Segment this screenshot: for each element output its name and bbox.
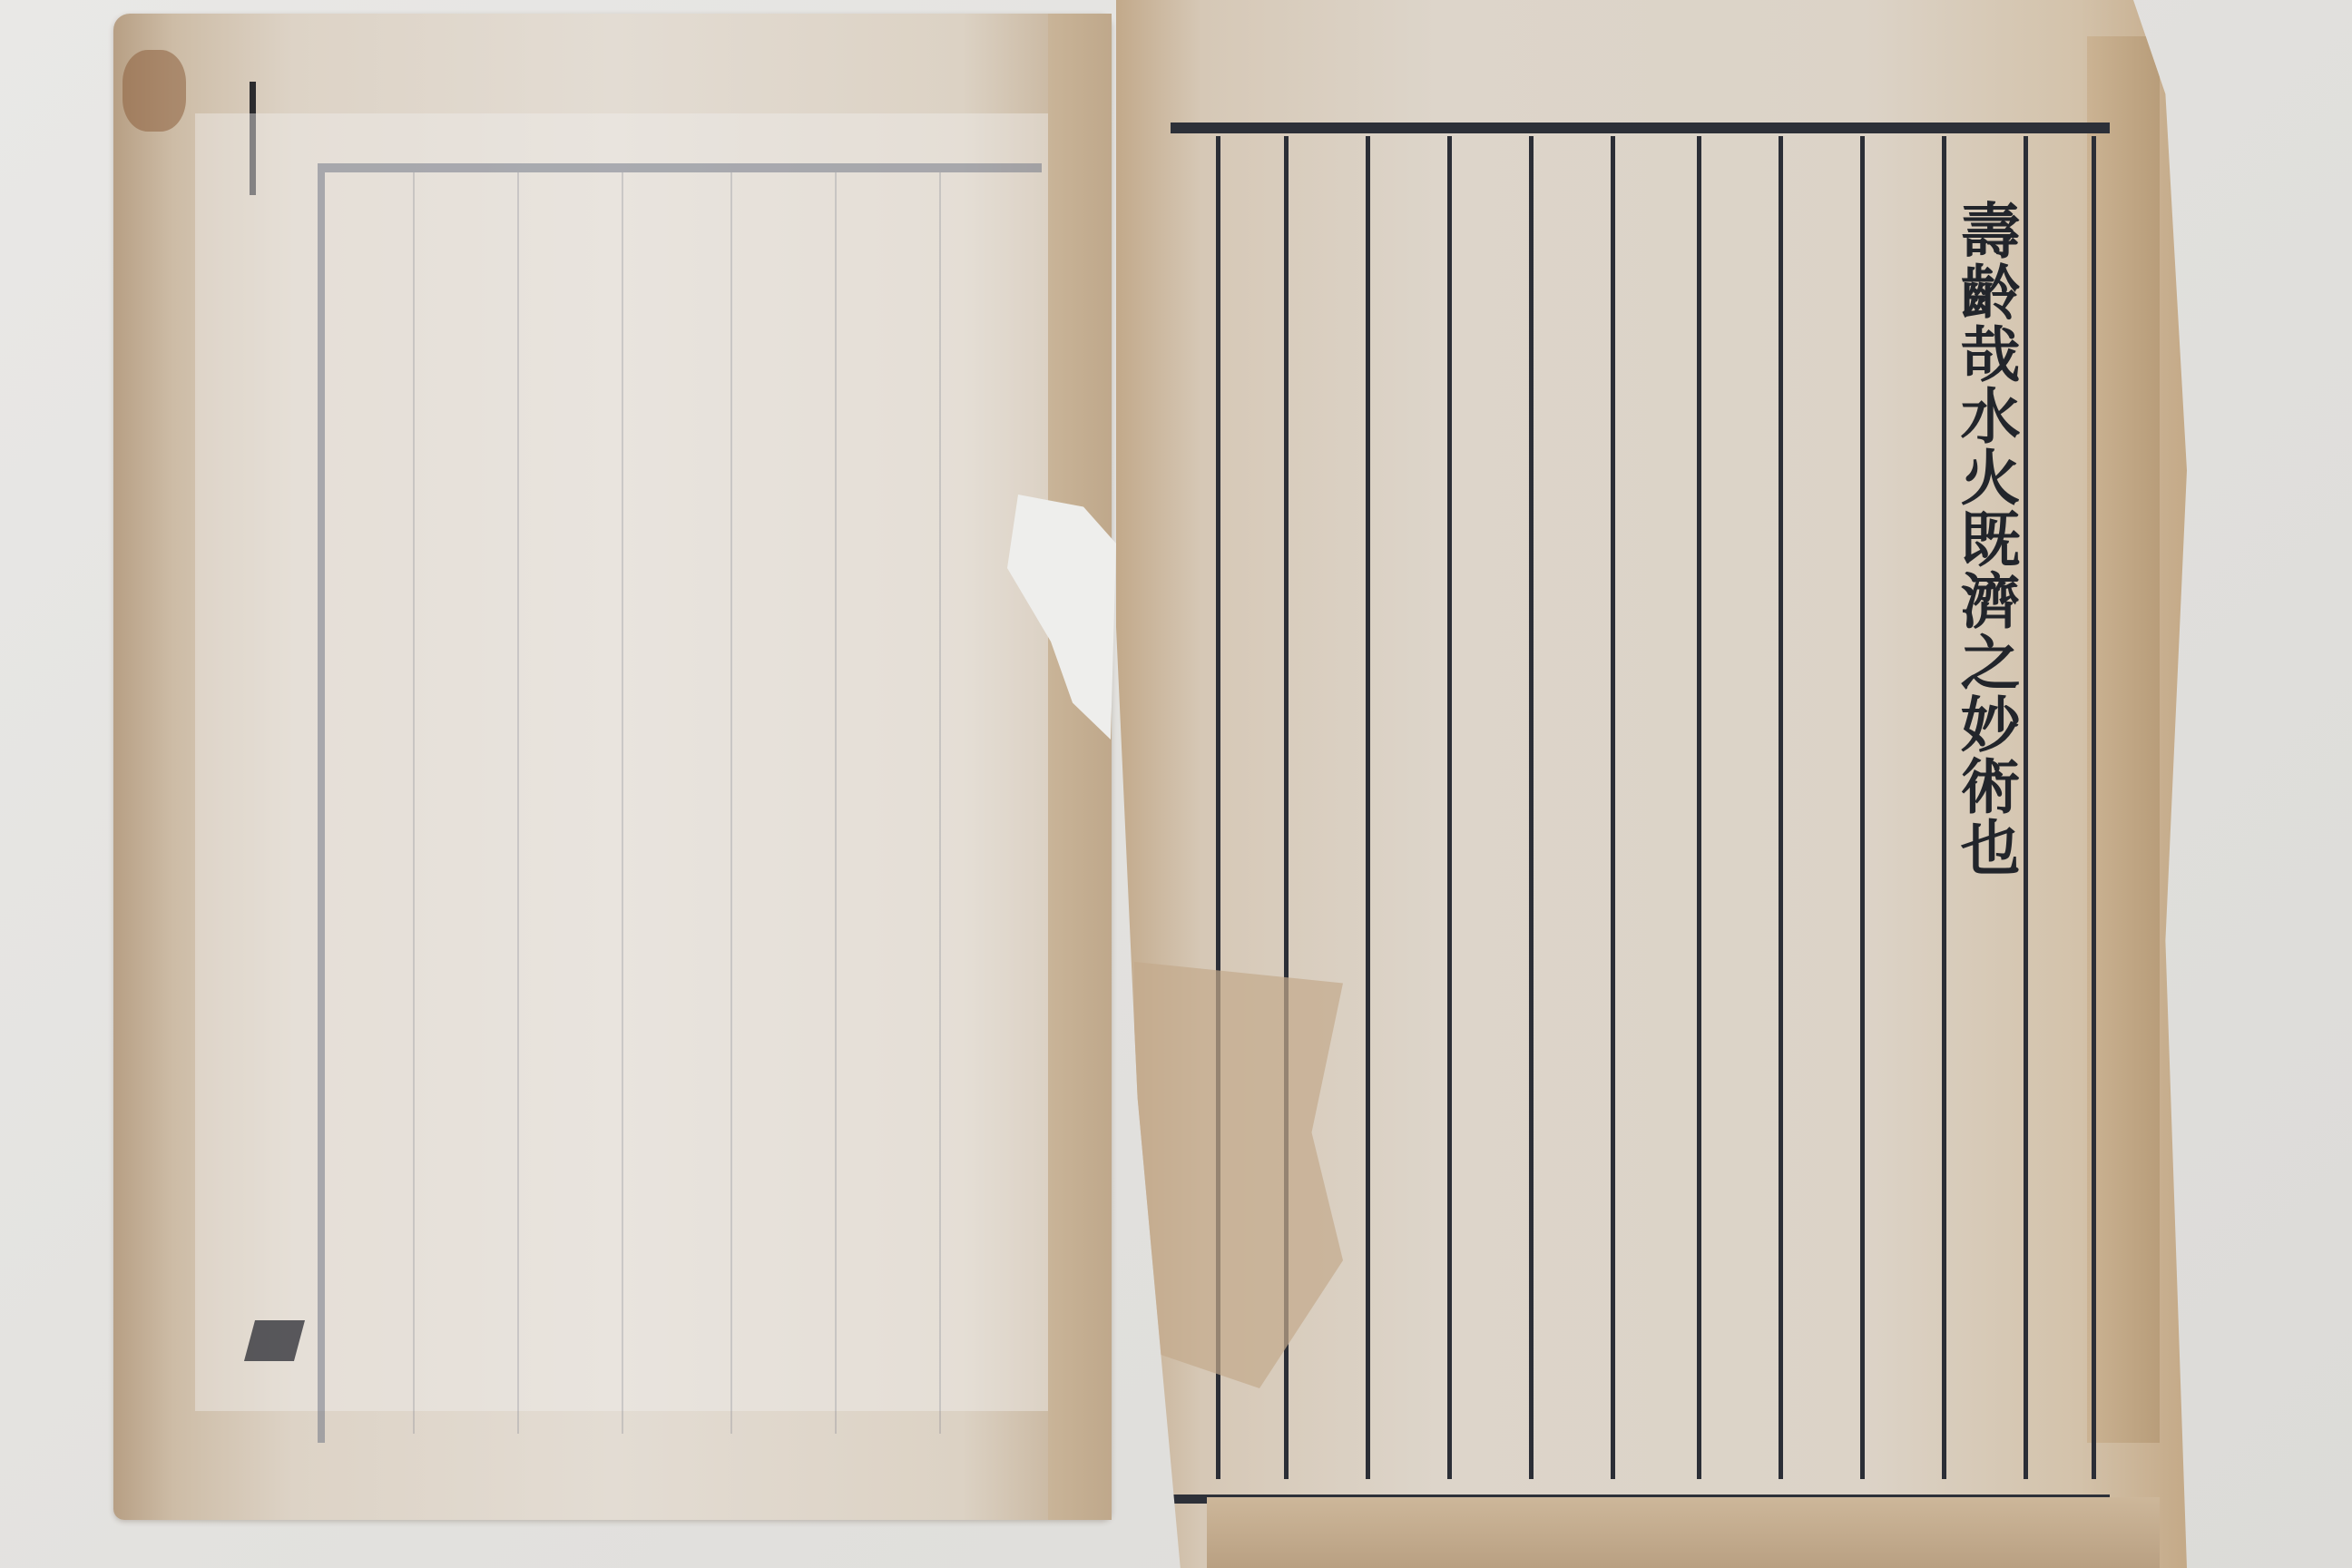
tattered-bottom-edge <box>1207 1497 2160 1568</box>
column-rule <box>1779 136 1783 1479</box>
water-stain <box>122 50 186 132</box>
column-rule <box>413 172 415 1434</box>
left-page-border-frame <box>318 163 1042 1443</box>
left-page <box>113 14 1112 1520</box>
column-rule <box>730 172 732 1434</box>
column-rule <box>517 172 519 1434</box>
column-rule <box>1529 136 1534 1479</box>
column-rule <box>1860 136 1865 1479</box>
column-rule <box>2024 136 2028 1479</box>
printed-text-column: 壽齡哉水火既濟之妙術也 <box>1955 200 2015 878</box>
column-rule <box>622 172 623 1434</box>
column-rule <box>1611 136 1615 1479</box>
column-rule <box>1942 136 1946 1479</box>
column-rule <box>2092 136 2096 1479</box>
book-photo: 壽齡哉水火既濟之妙術也 <box>0 0 2352 1568</box>
column-rule <box>1366 136 1370 1479</box>
right-page: 壽齡哉水火既濟之妙術也 <box>1116 0 2187 1568</box>
column-rule <box>939 172 941 1434</box>
column-rule <box>1447 136 1452 1479</box>
page-fold-edge <box>1048 14 1112 1520</box>
column-rule <box>1697 136 1701 1479</box>
column-rule <box>835 172 837 1434</box>
